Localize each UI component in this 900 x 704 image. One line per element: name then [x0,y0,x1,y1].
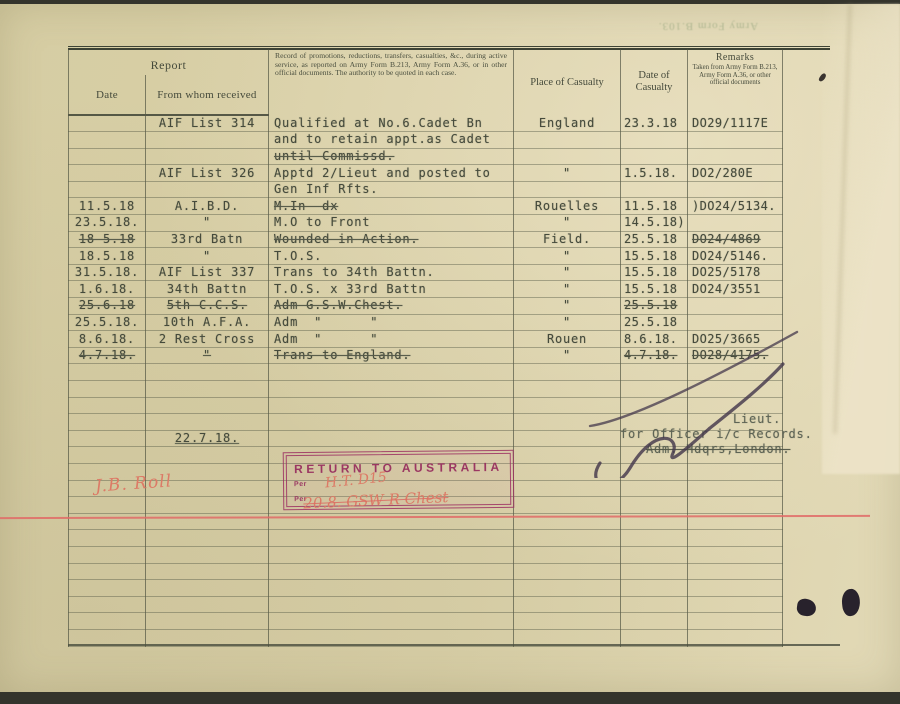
cell-from [146,364,269,381]
cell-record: Wounded in Action. [269,231,514,248]
cell-place: " [514,264,621,281]
cell-record: Apptd 2/Lieut and posted to [269,165,514,182]
cell-date [69,132,146,149]
cell-remarks: DO24/5146. [688,248,783,265]
cell-from [146,414,269,431]
cell-from [146,497,269,514]
cell-record [269,381,514,398]
cell-date [69,397,146,414]
cell-record: T.O.S. [269,248,514,265]
cell-date [69,430,146,447]
cell-remarks [688,546,783,563]
cell-from [146,530,269,547]
cell-remarks [688,580,783,597]
cell-record: Adm " " [269,331,514,348]
cell-cdate [621,563,688,580]
cell-cdate: 11.5.18 [621,198,688,215]
cell-remarks [688,132,783,149]
cell-from: 10th A.F.A. [146,314,269,331]
cell-from [146,596,269,613]
cell-date [69,381,146,398]
stamp-title: RETURN TO AUSTRALIA [287,460,510,476]
cell-remarks [688,563,783,580]
cell-cdate [621,530,688,547]
scanned-document: { "page": { "form_tag_mirrored": "Army F… [0,0,900,704]
header-date-of-casualty: Date of Casualty [621,49,688,115]
cell-cdate [621,148,688,165]
cell-from [146,447,269,464]
cell-from [146,563,269,580]
cell-from: " [146,347,269,364]
cell-record [269,546,514,563]
cell-from [146,148,269,165]
cell-from [146,381,269,398]
cell-place [514,530,621,547]
cell-date [69,530,146,547]
cell-record [269,414,514,431]
table-row [69,563,783,580]
table-row: 1.6.18.34th BattnT.O.S. x 33rd Battn"15.… [69,281,783,298]
cell-date: 18 5.18 [69,231,146,248]
cell-date [69,563,146,580]
cell-remarks: DO24/3551 [688,281,783,298]
cell-date [69,181,146,198]
table-row [69,613,783,630]
cell-remarks [688,613,783,630]
cell-date [69,596,146,613]
cell-from: AIF List 326 [146,165,269,182]
cell-cdate [621,546,688,563]
handwritten-signature [585,328,805,478]
cell-record: Qualified at No.6.Cadet Bn [269,115,514,132]
table-row [69,546,783,563]
cell-cdate [621,480,688,497]
cell-place: England [514,115,621,132]
cell-from: 34th Battn [146,281,269,298]
table-row [69,530,783,547]
cell-cdate: 1.5.18. [621,165,688,182]
cell-record: and to retain appt.as Cadet [269,132,514,149]
cell-record [269,580,514,597]
cell-remarks [688,298,783,315]
cell-place [514,629,621,646]
cell-record: T.O.S. x 33rd Battn [269,281,514,298]
table-row [69,629,783,646]
cell-cdate [621,497,688,514]
cell-remarks [688,596,783,613]
cell-from: " [146,248,269,265]
cell-place: " [514,165,621,182]
cell-from [146,629,269,646]
cell-place [514,132,621,149]
cell-record: Adm " " [269,314,514,331]
cell-remarks [688,530,783,547]
table-row: AIF List 326Apptd 2/Lieut and posted to"… [69,165,783,182]
cell-record: Adm G.S.W.Chest. [269,298,514,315]
cell-cdate: 15.5.18 [621,264,688,281]
cell-remarks [688,497,783,514]
cell-date [69,447,146,464]
cell-cdate [621,629,688,646]
table-row [69,596,783,613]
table-row: 18 5.1833rd BatnWounded in Action.Field.… [69,231,783,248]
cell-remarks [688,181,783,198]
cell-from [146,613,269,630]
cell-date: 4.7.18. [69,347,146,364]
cell-date: 1.6.18. [69,281,146,298]
table-row: and to retain appt.as Cadet [69,132,783,149]
cell-from [146,397,269,414]
cell-cdate: 23.3.18 [621,115,688,132]
cell-date [69,414,146,431]
header-place-of-casualty: Place of Casualty [514,49,621,115]
cell-place: " [514,215,621,232]
cell-record: Trans to England. [269,347,514,364]
cell-date [69,165,146,182]
cell-date [69,497,146,514]
stamp-per-label-1: Per [294,481,307,488]
table-row: 23.5.18."M.O to Front"14.5.18) [69,215,783,232]
cell-date: 25.6.18 [69,298,146,315]
table-row: 18.5.18"T.O.S."15.5.18DO24/5146. [69,248,783,265]
cell-place: " [514,281,621,298]
table-row [69,580,783,597]
cell-from [146,181,269,198]
cell-record [269,613,514,630]
cell-record [269,629,514,646]
cell-date [69,148,146,165]
cell-record: Gen Inf Rfts. [269,181,514,198]
cell-record [269,397,514,414]
cell-from: A.I.B.D. [146,198,269,215]
cell-cdate: 15.5.18 [621,248,688,265]
cell-place [514,181,621,198]
cell-remarks: DO2/280E [688,165,783,182]
cell-cdate [621,132,688,149]
table-row: until Commissd. [69,148,783,165]
cell-remarks [688,480,783,497]
cell-cdate [621,596,688,613]
cell-date: 25.5.18. [69,314,146,331]
cell-from [146,580,269,597]
cell-date: 11.5.18 [69,198,146,215]
header-date: Date [69,75,146,115]
cell-place [514,613,621,630]
cell-record: M.In dx [269,198,514,215]
cell-remarks: )DO24/5134. [688,198,783,215]
header-from-whom-received: From whom received [146,75,269,115]
cell-record [269,430,514,447]
cell-place [514,546,621,563]
cell-from [146,546,269,563]
cell-date [69,513,146,530]
cell-date [69,629,146,646]
cell-cdate: 25.5.18 [621,298,688,315]
cell-place: Field. [514,231,621,248]
cell-remarks: DO25/5178 [688,264,783,281]
cell-cdate: 15.5.18 [621,281,688,298]
return-to-australia-stamp: RETURN TO AUSTRALIA Per Per H.T. D15 20.… [283,450,515,510]
cell-from: 2 Rest Cross [146,331,269,348]
cell-cdate: 25.5.18 [621,231,688,248]
cell-record [269,596,514,613]
cell-record [269,530,514,547]
cell-from: 22.7.18. [146,430,269,447]
cell-place [514,596,621,613]
header-record: Record of promotions, reductions, transf… [269,49,514,115]
cell-cdate [621,580,688,597]
cell-date: 31.5.18. [69,264,146,281]
header-remarks: Remarks Taken from Army Form B.213, Army… [688,49,783,115]
cell-date [69,546,146,563]
cell-date [69,613,146,630]
cell-from: AIF List 337 [146,264,269,281]
cell-remarks [688,629,783,646]
cell-place [514,148,621,165]
cell-place [514,563,621,580]
cell-place: " [514,248,621,265]
cell-from: 5th C.C.S. [146,298,269,315]
cell-from [146,132,269,149]
cell-record [269,364,514,381]
cell-place: " [514,298,621,315]
cell-record [269,563,514,580]
cell-record: until Commissd. [269,148,514,165]
cell-place: Rouelles [514,198,621,215]
cell-record: Trans to 34th Battn. [269,264,514,281]
cell-remarks [688,148,783,165]
table-header: Report Record of promotions, reductions,… [69,49,783,115]
cell-from: 33rd Batn [146,231,269,248]
cell-cdate [621,181,688,198]
cell-date [69,580,146,597]
cell-record: M.O to Front [269,215,514,232]
cell-date [69,364,146,381]
table-row: 31.5.18.AIF List 337Trans to 34th Battn.… [69,264,783,281]
header-report: Report [69,49,269,75]
cell-cdate: 14.5.18) [621,215,688,232]
table-row: 11.5.18A.I.B.D.M.In dxRouelles11.5.18)DO… [69,198,783,215]
remarks-subtitle: Taken from Army Form B.213, Army Form A.… [688,64,782,87]
cell-cdate [621,613,688,630]
cell-from: AIF List 314 [146,115,269,132]
cell-remarks: DO24/4869 [688,231,783,248]
cell-from: " [146,215,269,232]
remarks-title: Remarks [688,52,782,63]
cell-remarks: DO29/1117E [688,115,783,132]
table-row: AIF List 314Qualified at No.6.Cadet BnEn… [69,115,783,132]
cell-remarks [688,215,783,232]
cell-place [514,580,621,597]
mirrored-form-number: Army Form B.103. [628,20,788,32]
cell-date: 8.6.18. [69,331,146,348]
cell-date: 23.5.18. [69,215,146,232]
cell-date: 18.5.18 [69,248,146,265]
cell-date [69,115,146,132]
table-row: Gen Inf Rfts. [69,181,783,198]
table-row: 25.6.185th C.C.S.Adm G.S.W.Chest."25.5.1… [69,298,783,315]
